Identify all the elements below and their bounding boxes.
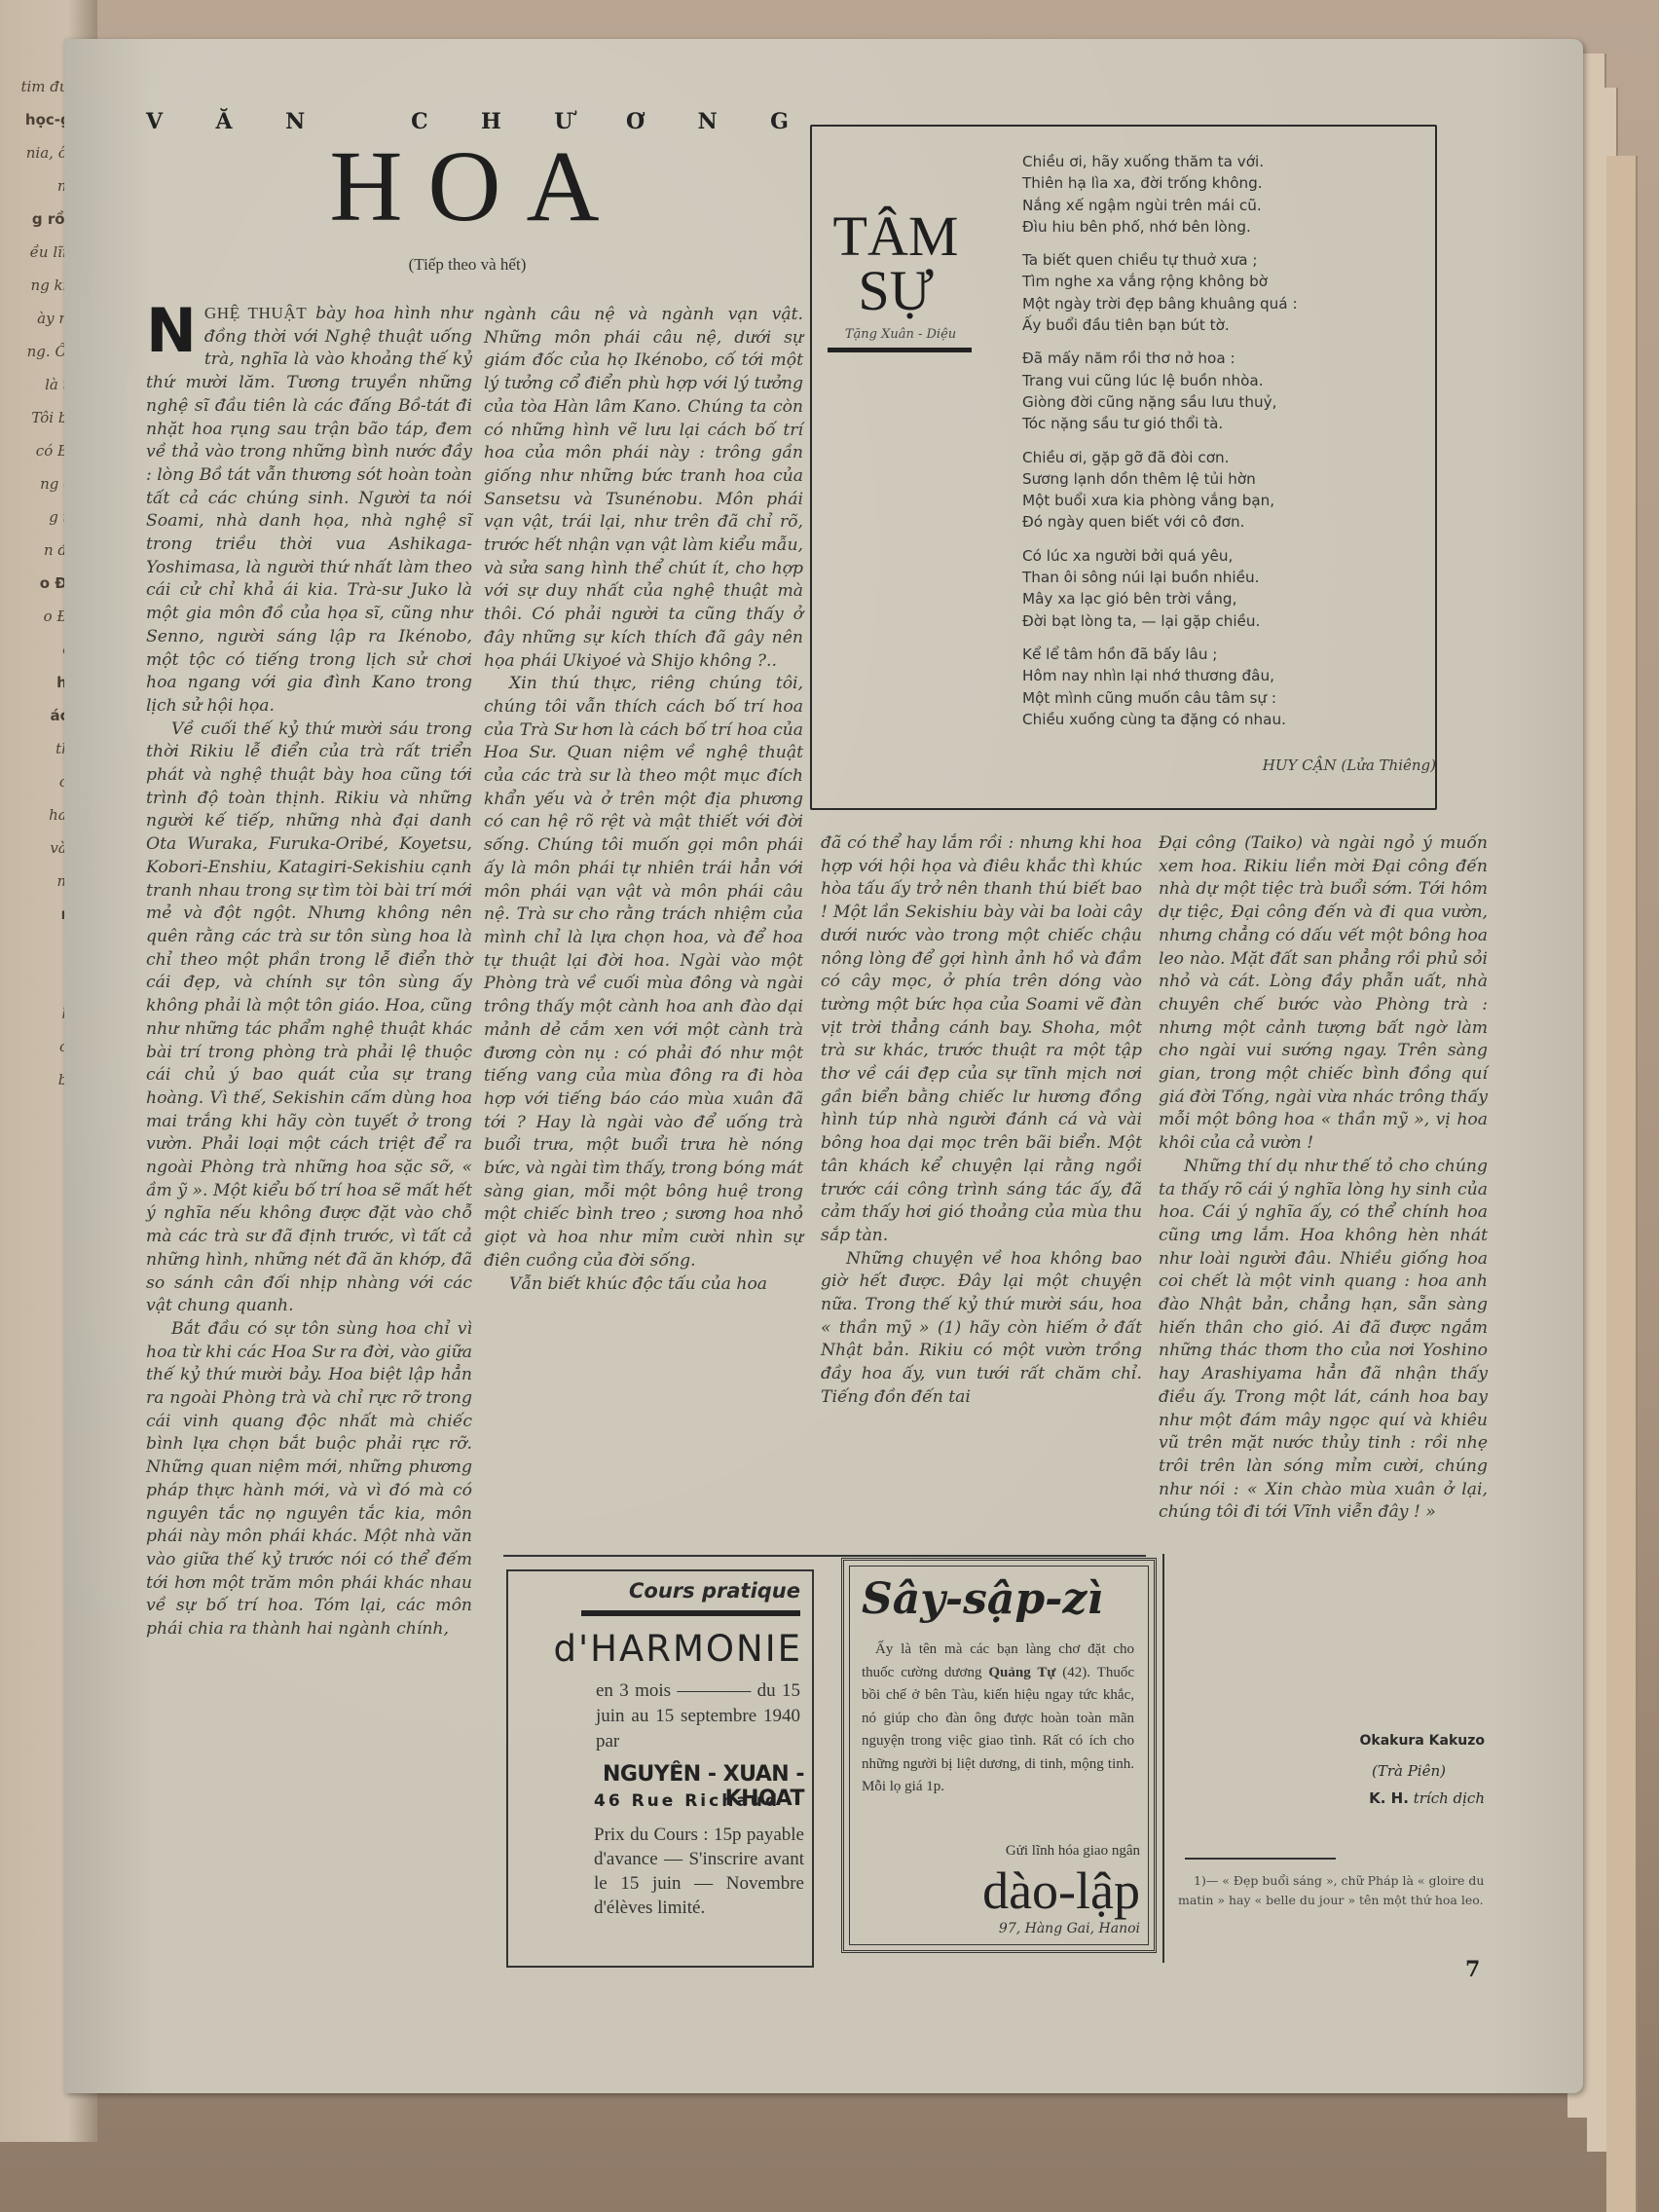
poem-line: Nắng xế ngậm ngùi trên mái cũ. [1022,195,1421,216]
poem-line: Trang vui cũng lúc lệ buồn nhòa. [1022,370,1421,391]
poem-stanza: Chiều ơi, gặp gỡ đã đòi cơn.Sương lạnh d… [1022,447,1421,534]
poem-line: Tìm nghe xa vắng rộng không bờ [1022,271,1421,292]
ad-headline: Sây-sập-zì [862,1574,1134,1624]
drop-cap: N [146,304,197,358]
paragraph: Vẫn biết khúc độc tấu của hoa [484,1273,803,1297]
kicker-letter: Ơ [626,109,645,134]
poem-stanza: Ta biết quen chiều tự thuở xưa ;Tìm nghe… [1022,249,1421,336]
poem-title-line-2: SỰ [823,264,969,318]
article-column-3: đã có thể hay lắm rồi : nhưng khi hoa hợ… [821,832,1142,1410]
poem-line: Chiều xuống cùng ta đặng có nhau. [1022,709,1421,730]
paragraph: đã có thể hay lắm rồi : nhưng khi hoa hợ… [821,832,1142,1248]
poem-line: Đời bạt lòng ta, — lại gặp chiều. [1022,610,1421,632]
ad-kicker: Cours pratique [629,1579,800,1603]
poem-stanza: Đã mấy năm rồi thơ nở hoa :Trang vui cũn… [1022,348,1421,434]
poem-line: Mây xa lạc gió bên trời vắng, [1022,588,1421,609]
translator-note: trích dịch [1414,1789,1485,1807]
page-stack-edge [1606,156,1638,2212]
paragraph: Những chuyện về hoa không bao giờ hết đư… [821,1248,1142,1410]
signature-translator: K. H. trích dịch [1266,1789,1485,1807]
translator-initials: K. H. [1369,1789,1409,1807]
poem-line: Chiều ơi, hãy xuống thăm ta với. [1022,151,1421,172]
poem-line: Thiên hạ lìa xa, đời trống không. [1022,172,1421,194]
article-subtitle: (Tiếp theo và hết) [370,255,565,275]
footnote-rule [1185,1858,1336,1860]
ad-body: Ấy là tên mà các bạn làng chơ đặt cho th… [862,1639,1134,1799]
poem-line: Kể lể tâm hồn đã bấy lâu ; [1022,644,1421,665]
paragraph: Xin thú thực, riêng chúng tôi, chúng tôi… [484,673,803,1272]
paragraph: ngành câu nệ và ngành vạn vật. Những môn… [484,304,803,673]
article-column-2: ngành câu nệ và ngành vạn vật. Những môn… [484,304,803,1296]
ad-brand: dào-lập [982,1861,1140,1921]
poem-line: Than ôi sông núi lại buồn nhiều. [1022,567,1421,588]
paragraph: Những thí dụ như thế tỏ cho chúng ta thấ… [1159,1156,1488,1525]
poem-line: Đó ngày quen biết với cô đơn. [1022,511,1421,533]
poem-author: HUY CẬN (Lửa Thiêng) [1149,756,1436,774]
article-title: HOA [292,136,662,238]
poem-line: Một mình cũng muốn câu tâm sự : [1022,687,1421,709]
kicker-letter: N [285,109,305,134]
poem-stanza: Kể lể tâm hồn đã bấy lâu ;Hôm nay nhìn l… [1022,644,1421,730]
poem-line: Ấy buổi đầu tiên bạn bút tờ. [1022,314,1421,336]
poem-dedication: Tặng Xuân - Diệu [828,327,974,342]
ad-body: en 3 mois ———— du 15 juin au 15 septembr… [596,1678,800,1754]
poem-line: Giòng đời cũng nặng sầu lưu thuỷ, [1022,391,1421,413]
signature-author: Okakura Kakuzo [1266,1733,1485,1749]
ad-product-name: Quảng Tự [988,1665,1055,1680]
poem-line: Đìu hiu bên phố, nhớ bên lòng. [1022,216,1421,238]
ad-address: 46 Rue Richaud [594,1791,804,1811]
ad-column-divider [1162,1554,1164,1963]
ad-terms: Prix du Cours : 15p payable d'avance — S… [594,1823,804,1920]
article-column-1: NGHỆ THUẬT bày hoa hình như đồng thời vớ… [146,302,472,1641]
ad-send-note: Gửi lĩnh hóa giao ngân [1006,1843,1140,1860]
poem-title: TÂM SỰ [823,209,969,318]
ad-body-post: (42). Thuốc bồi chế ở bên Tàu, kiến hiệu… [862,1665,1134,1795]
article-column-4: Đại công (Taiko) và ngài ngỏ ý muốn xem … [1159,832,1488,1525]
kicker-letter: G [770,109,789,134]
kicker-letter: N [698,109,718,134]
paragraph: Về cuối thế kỷ thứ mười sáu trong thời R… [146,719,472,1318]
signature-source: (Trà Piên) [1266,1762,1446,1780]
poem-line: Có lúc xa người bởi quá yêu, [1022,545,1421,567]
paragraph: Đại công (Taiko) và ngài ngỏ ý muốn xem … [1159,832,1488,1156]
kicker-letter: V [146,109,163,134]
poem-stanza: Chiều ơi, hãy xuống thăm ta với.Thiên hạ… [1022,151,1421,238]
ad-kicker-rule [581,1610,800,1616]
footnote: 1)— « Đẹp buổi sáng », chữ Pháp là « glo… [1178,1871,1490,1910]
ad-address: 97, Hàng Gai, Hanoi [999,1921,1140,1936]
poem-line: Một ngày trời đẹp bâng khuâng quá : [1022,293,1421,314]
ad-headline: d'HARMONIE [520,1628,802,1670]
poem-title-rule [828,348,972,352]
poem-line: Đã mấy năm rồi thơ nở hoa : [1022,348,1421,369]
poem-title-line-1: TÂM [823,209,969,264]
ad-section-divider [503,1555,1146,1557]
poem-line: Hôm nay nhìn lại nhớ thương đâu, [1022,665,1421,686]
paragraph: Bắt đầu có sự tôn sùng hoa chỉ vì hoa từ… [146,1318,472,1641]
poem-stanza: Có lúc xa người bởi quá yêu,Than ôi sông… [1022,545,1421,632]
medicine-ad: Sây-sập-zì Ấy là tên mà các bạn làng chơ… [841,1558,1157,1953]
poem-line: Sương lạnh dồn thêm lệ tủi hờn [1022,468,1421,490]
harmonie-course-ad: Cours pratique d'HARMONIE en 3 mois ————… [506,1569,814,1968]
article-signature: Okakura Kakuzo (Trà Piên) K. H. trích dị… [1266,1733,1485,1807]
poem-line: Tóc nặng sầu tư gió thổi tà. [1022,413,1421,434]
kicker-letter: Ă [216,109,233,134]
poem-line: Ta biết quen chiều tự thuở xưa ; [1022,249,1421,271]
page-number: 7 [1465,1957,1480,1982]
lead-paragraph: NGHỆ THUẬT bày hoa hình như đồng thời vớ… [146,302,472,719]
poem-line: Chiều ơi, gặp gỡ đã đòi cơn. [1022,447,1421,468]
poem-body: Chiều ơi, hãy xuống thăm ta với.Thiên hạ… [1022,151,1421,742]
lead-smallcaps: GHỆ THUẬT [204,304,307,322]
poem-line: Một buổi xưa kia phòng vắng bạn, [1022,490,1421,511]
